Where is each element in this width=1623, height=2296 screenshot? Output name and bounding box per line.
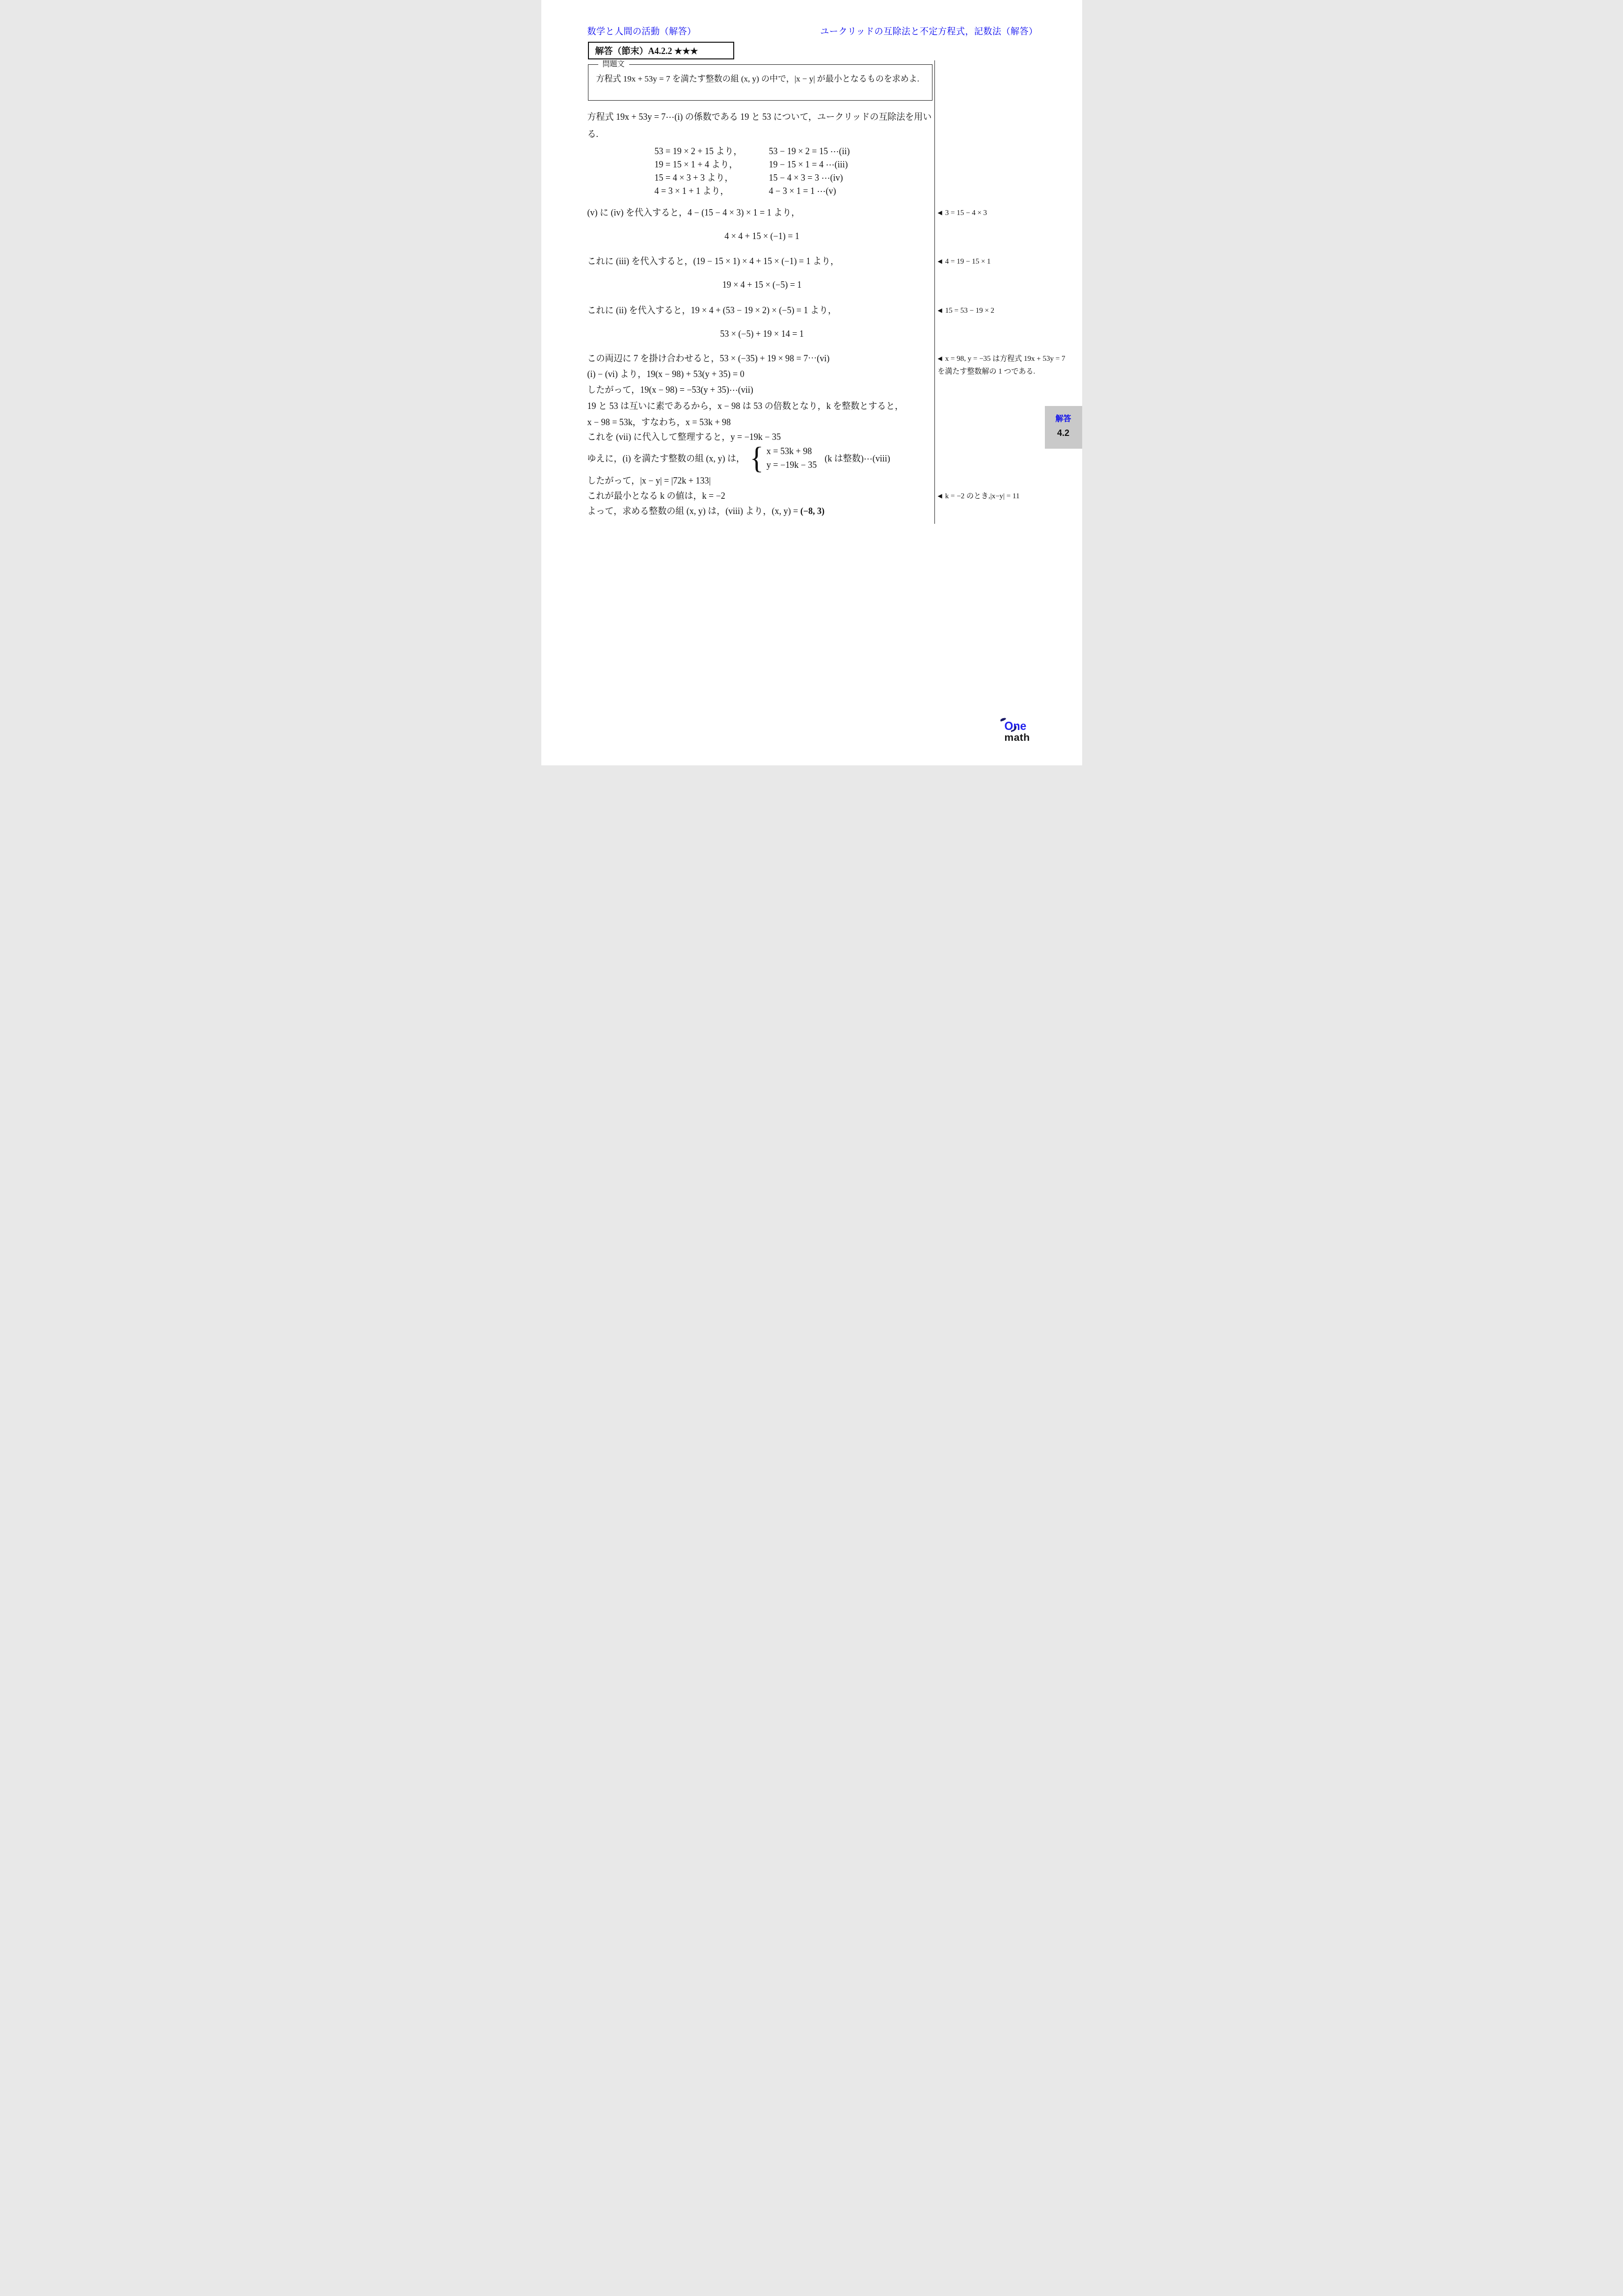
solution-step: したがって，|x − y| = |72k + 133|: [587, 474, 937, 487]
problem-box-label: 問題文: [598, 59, 629, 69]
margin-note: ◀x = 98, y = −35 は方程式 19x + 53y = 7 を満たす…: [938, 352, 1068, 378]
answer-title-text: 解答（節末）A4.2.2 ★★★: [595, 44, 698, 57]
euclid-row-right: 53 − 19 × 2 = 15 ⋯(ii): [769, 147, 850, 156]
solution-step: これが最小となる k の値は，k = −2: [587, 489, 937, 502]
solution-step: この両辺に 7 を掛け合わせると，53 × (−35) + 19 × 98 = …: [587, 352, 937, 365]
margin-note-text: k = −2 のとき,|x−y| = 11: [945, 492, 1020, 500]
solution-step: これに (ii) を代入すると，19 × 4 + (53 − 19 × 2) ×…: [587, 304, 937, 317]
display-equation: 19 × 4 + 15 × (−5) = 1: [587, 278, 937, 291]
system-equations: x = 53k + 98 y = −19k − 35: [767, 446, 817, 470]
final-answer-line: よって，求める整数の組 (x, y) は，(viii) より，(x, y) = …: [587, 505, 937, 517]
system-brace: {: [750, 443, 764, 473]
section-tab: 解答 4.2: [1045, 406, 1082, 449]
display-equation: 4 × 4 + 15 × (−1) = 1: [587, 230, 937, 243]
solution-step: (i) − (vi) より，19(x − 98) + 53(y + 35) = …: [587, 368, 937, 380]
margin-note-text: x = 98, y = −35 は方程式 19x + 53y = 7 を満たす整…: [938, 355, 1065, 376]
system-of-equations-line: ゆえに，(i) を満たす整数の組 (x, y) は， { x = 53k + 9…: [587, 444, 937, 472]
solution-step: 19 と 53 は互いに素であるから，x − 98 は 53 の倍数となり，k …: [587, 400, 937, 412]
margin-note-text: 4 = 19 − 15 × 1: [945, 258, 991, 266]
system-prefix: ゆえに，(i) を満たす整数の組 (x, y) は，: [587, 452, 745, 464]
margin-note: ◀4 = 19 − 15 × 1: [938, 257, 1068, 266]
margin-divider-rule: [934, 60, 935, 524]
problem-box: 問題文 方程式 19x + 53y = 7 を満たす整数の組 (x, y) の中…: [588, 64, 932, 101]
logo-one-text: One: [1005, 720, 1027, 732]
euclid-row-right: 19 − 15 × 1 = 4 ⋯(iii): [769, 160, 850, 169]
system-eq-y: y = −19k − 35: [767, 460, 817, 470]
section-tab-number: 4.2: [1045, 428, 1082, 438]
solution-step: したがって，19(x − 98) = −53(y + 35)⋯(vii): [587, 383, 937, 396]
solution-intro: 方程式 19x + 53y = 7⋯(i) の係数である 19 と 53 につい…: [587, 108, 936, 143]
margin-note-text: 15 = 53 − 19 × 2: [945, 307, 994, 315]
system-eq-x: x = 53k + 98: [767, 446, 817, 456]
solution-step: (v) に (iv) を代入すると，4 − (15 − 4 × 3) × 1 =…: [587, 206, 937, 219]
margin-note: ◀15 = 53 − 19 × 2: [938, 306, 1068, 315]
triangle-marker-icon: ◀: [938, 307, 942, 314]
header-course-title: 数学と人間の活動（解答）: [587, 25, 696, 37]
header-chapter-title: ユークリッドの互除法と不定方程式，記数法（解答）: [820, 25, 1038, 37]
solution-step: これに (iii) を代入すると，(19 − 15 × 1) × 4 + 15 …: [587, 255, 937, 268]
euclid-row-left: 4 = 3 × 1 + 1 より，: [655, 187, 769, 196]
triangle-marker-icon: ◀: [938, 355, 942, 362]
euclid-row-left: 19 = 15 × 1 + 4 より，: [655, 160, 769, 169]
answer-title-box: 解答（節末）A4.2.2 ★★★: [588, 42, 734, 59]
logo-math-text: math: [1005, 732, 1030, 743]
section-tab-label: 解答: [1045, 412, 1082, 424]
triangle-marker-icon: ◀: [938, 258, 942, 265]
euclid-algorithm-table: 53 = 19 × 2 + 15 より， 53 − 19 × 2 = 15 ⋯(…: [655, 147, 850, 196]
display-equation: 53 × (−5) + 19 × 14 = 1: [587, 327, 937, 340]
margin-note: ◀k = −2 のとき,|x−y| = 11: [938, 491, 1068, 501]
final-answer-value: (−8, 3): [800, 506, 825, 516]
problem-text: 方程式 19x + 53y = 7 を満たす整数の組 (x, y) の中で，|x…: [588, 65, 932, 86]
margin-note-text: 3 = 15 − 4 × 3: [945, 209, 987, 217]
triangle-marker-icon: ◀: [938, 492, 942, 499]
euclid-row-right: 15 − 4 × 3 = 3 ⋯(iv): [769, 173, 850, 183]
euclid-row-right: 4 − 3 × 1 = 1 ⋯(v): [769, 187, 850, 196]
triangle-marker-icon: ◀: [938, 209, 942, 216]
final-answer-prefix: よって，求める整数の組 (x, y) は，(viii) より，(x, y) =: [587, 506, 800, 516]
system-suffix: (k は整数)⋯(viii): [825, 452, 890, 464]
document-page: 数学と人間の活動（解答） ユークリッドの互除法と不定方程式，記数法（解答） 解答…: [541, 0, 1082, 765]
euclid-row-left: 15 = 4 × 3 + 3 より，: [655, 173, 769, 183]
solution-step: x − 98 = 53k，すなわち，x = 53k + 98: [587, 416, 937, 429]
margin-note: ◀3 = 15 − 4 × 3: [938, 208, 1068, 217]
euclid-row-left: 53 = 19 × 2 + 15 より，: [655, 147, 769, 156]
onemath-logo: One math: [1005, 721, 1030, 743]
